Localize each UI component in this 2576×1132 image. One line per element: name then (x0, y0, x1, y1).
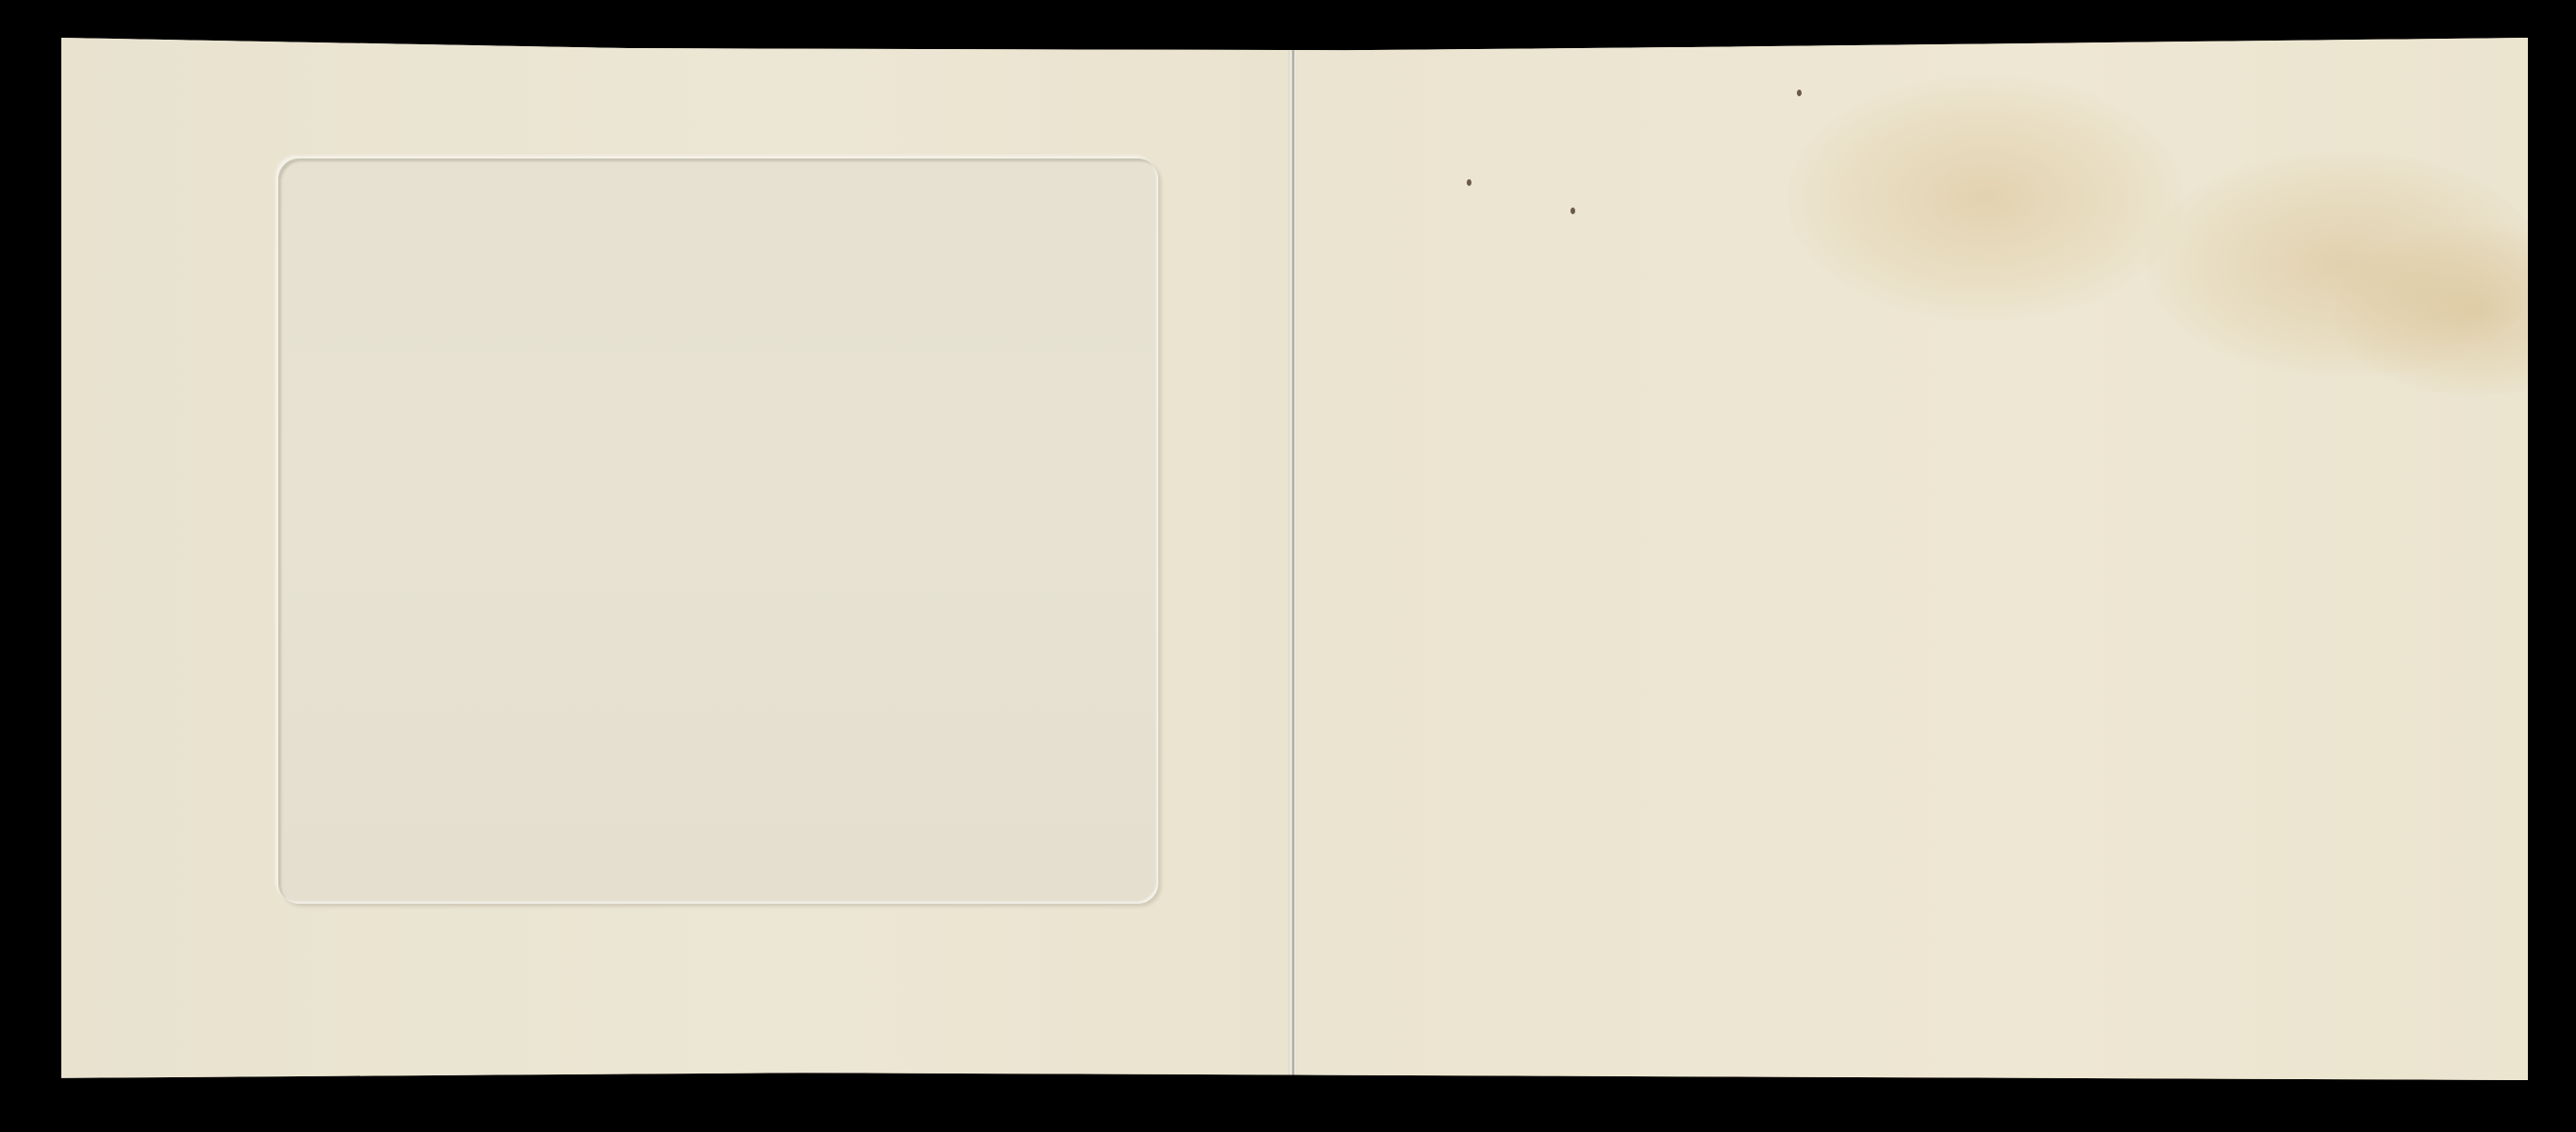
paper-card (61, 38, 2528, 1080)
paper-speck (1571, 208, 1575, 214)
card-left-panel (61, 38, 1292, 1080)
paper-speck (1797, 90, 1802, 96)
foxing-stain (1787, 75, 2184, 321)
card-right-panel (1297, 38, 2528, 1080)
paper-speck (1467, 179, 1471, 186)
embossed-window (278, 158, 1158, 904)
